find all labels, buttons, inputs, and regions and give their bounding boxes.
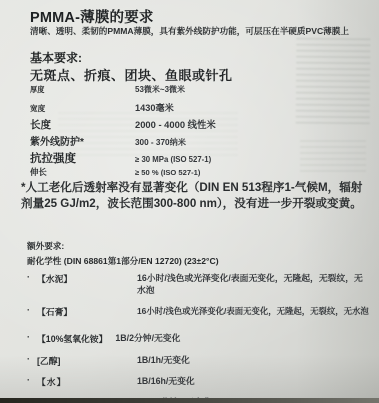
spec-label-thickness: 厚度 — [30, 85, 135, 95]
spec-value-width: 1430毫米 — [135, 100, 174, 114]
spec-value-length: 2000 - 4000 线性米 — [135, 117, 216, 131]
chem-label-gypsum: 【石膏】 — [37, 305, 137, 318]
bullet-icon: · — [27, 332, 37, 342]
spec-label-tensile-strength: 抗拉强度 — [30, 150, 135, 166]
chemical-resistance-heading: 耐化学性 (DIN 68861第1部分/EN 12720) (23±2°C) — [27, 255, 219, 267]
table-row: 抗拉强度 ≥ 30 MPa (ISO 527-1) — [30, 150, 360, 166]
bullet-icon: · — [27, 305, 37, 315]
list-item: · 【石膏】 16小时/浅色或光泽变化/表面无变化，无隆起，无裂纹，无水泡 — [27, 305, 372, 318]
defects-line: 无斑点、折痕、团块、鱼眼或针孔 — [30, 65, 233, 84]
spec-label-uv-protection: 紫外线防护* — [30, 133, 135, 148]
bullet-icon: · — [27, 375, 37, 385]
spec-value-elongation: ≥ 50 % (ISO 527-1) — [135, 168, 200, 177]
spec-value-uv-protection: 300 - 370纳米 — [135, 137, 186, 148]
page-subtitle: 清晰、透明、柔韧的PMMA薄膜，具有紫外线防护功能，可层压在半硬质PVC薄膜上 — [30, 25, 370, 37]
chem-label-ammonium-hydroxide: 【10%氢氧化铵】 — [37, 332, 107, 345]
chem-label-cement: 【水泥】 — [37, 272, 137, 285]
chem-value-ammonium-hydroxide: 1B/2分钟/无变化 — [115, 332, 343, 344]
spec-table: 厚度 53微米~3微米 宽度 1430毫米 长度 2000 - 4000 线性米… — [30, 84, 360, 182]
additional-requirements-heading: 额外要求: — [27, 240, 64, 252]
chem-label-water: 【水】 — [37, 375, 137, 388]
list-item: · 【水泥】 16小时/浅色或光泽变化/表面无变化，无隆起，无裂纹，无水泡 — [27, 272, 372, 296]
chemical-resistance-list: · 【水泥】 16小时/浅色或光泽变化/表面无变化，无隆起，无裂纹，无水泡 · … — [27, 272, 372, 403]
spec-label-length: 长度 — [30, 117, 135, 132]
photo-bottom-edge — [0, 398, 379, 403]
chem-value-ethanol: 1B/1h/无变化 — [137, 354, 365, 366]
spec-label-width: 宽度 — [30, 103, 135, 114]
table-row: 紫外线防护* 300 - 370纳米 — [30, 133, 360, 149]
chem-value-cement: 16小时/浅色或光泽变化/表面无变化，无隆起，无裂纹，无水泡 — [137, 272, 365, 296]
table-row: 厚度 53微米~3微米 — [30, 84, 360, 100]
table-row: 宽度 1430毫米 — [30, 100, 360, 116]
chem-value-gypsum: 16小时/浅色或光泽变化/表面无变化，无隆起，无裂纹，无水泡 — [137, 305, 365, 317]
list-item: · 【10%氢氧化铵】 1B/2分钟/无变化 — [27, 332, 372, 345]
chem-label-ethanol: [乙醇] — [37, 354, 137, 367]
spec-value-tensile-strength: ≥ 30 MPa (ISO 527-1) — [135, 155, 211, 164]
bullet-icon: · — [27, 354, 37, 364]
document-photo: PMMA-薄膜的要求 清晰、透明、柔韧的PMMA薄膜，具有紫外线防护功能，可层压… — [0, 0, 379, 403]
list-item: · [乙醇] 1B/1h/无变化 — [27, 354, 372, 367]
list-item: · 【水】 1B/16h/无变化 — [27, 375, 372, 388]
spec-value-thickness: 53微米~3微米 — [135, 84, 185, 95]
table-row: 长度 2000 - 4000 线性米 — [30, 117, 360, 133]
aging-footnote: *人工老化后透射率没有显著变化（DIN EN 513程序1-气候M，辐射剂量25… — [21, 180, 373, 211]
page-title: PMMA-薄膜的要求 — [30, 6, 154, 27]
basic-requirements-heading: 基本要求: — [30, 49, 82, 66]
spec-label-elongation: 伸长 — [30, 166, 135, 178]
chem-value-water: 1B/16h/无变化 — [137, 375, 365, 387]
bullet-icon: · — [27, 272, 37, 282]
